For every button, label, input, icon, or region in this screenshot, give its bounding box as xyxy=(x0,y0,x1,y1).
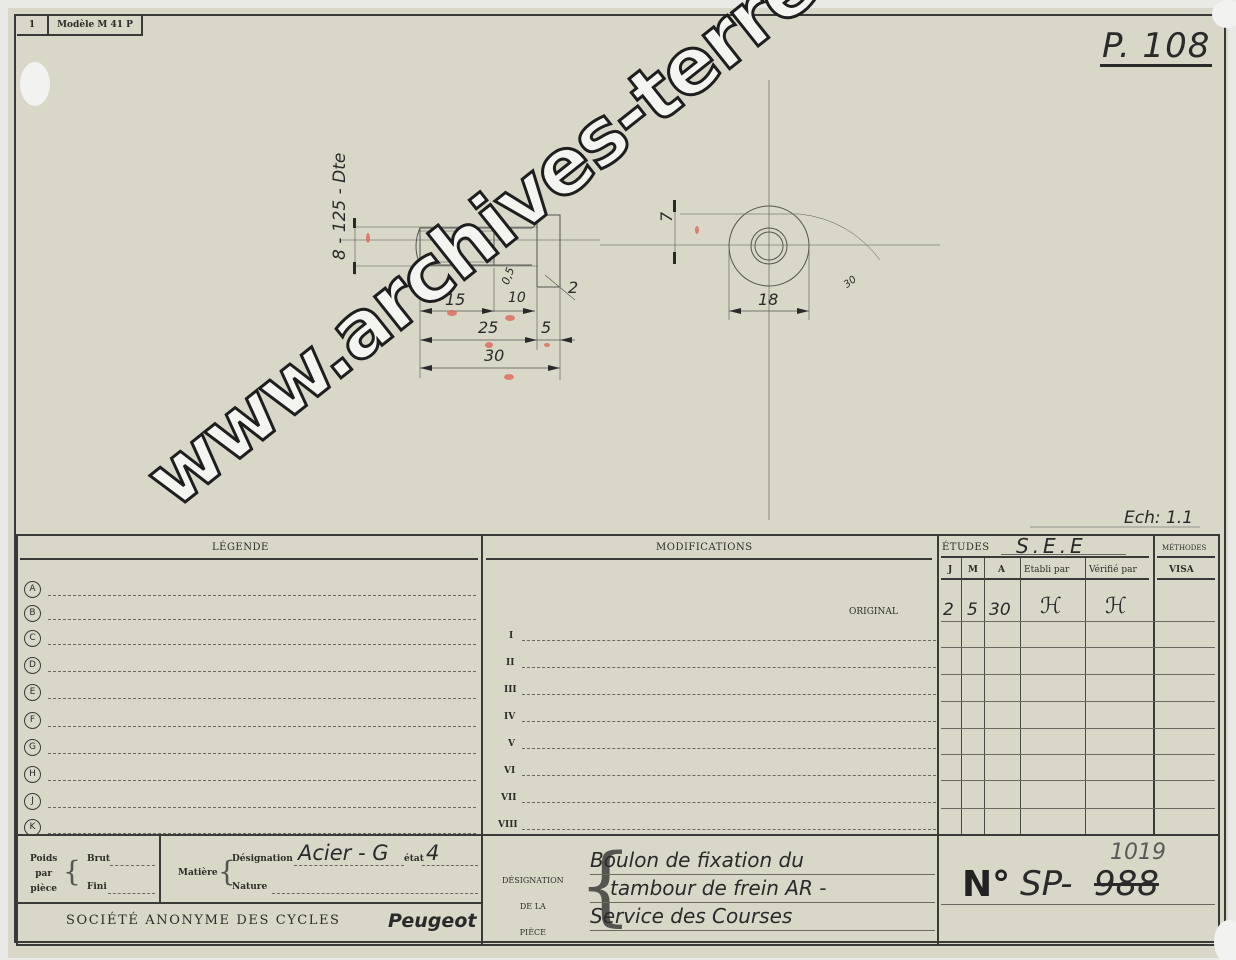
modifications-header: MODIFICATIONS xyxy=(656,542,753,553)
col-etabli: Etabli par xyxy=(1024,565,1069,575)
col-verifie: Vérifié par xyxy=(1089,565,1137,575)
fini-field[interactable] xyxy=(108,893,155,894)
methodes-header: MÉTHODES xyxy=(1162,544,1206,552)
legende-marker-k: K xyxy=(24,819,41,836)
legende-marker-c: C xyxy=(24,630,41,647)
legende-marker-e: E xyxy=(24,684,41,701)
piece-label: DÉSIGNATION DE LA PIÈCE xyxy=(502,868,564,946)
matiere-label: Matière xyxy=(178,868,218,878)
etabli-signature: ℋ xyxy=(1040,594,1062,619)
company-brand: Peugeot xyxy=(388,910,476,932)
dim-7: 7 xyxy=(657,212,676,222)
mod-row-label: I xyxy=(509,631,513,641)
designation-value[interactable]: Acier - G xyxy=(298,841,389,865)
mod-row-line[interactable] xyxy=(522,721,936,722)
title-block: LÉGENDE A B C D E F G H J K MODIFICATION… xyxy=(16,534,1220,946)
thread-spec-label: 8 - 125 - Dte xyxy=(330,153,350,260)
mod-row-line[interactable] xyxy=(522,802,936,803)
part-number-series: SP- xyxy=(1020,864,1073,904)
brut-label: Brut xyxy=(87,854,110,864)
legende-line-h[interactable] xyxy=(48,780,476,781)
mod-row-line[interactable] xyxy=(522,829,936,830)
dim-25: 25 xyxy=(478,318,498,337)
mod-row-line[interactable] xyxy=(522,775,936,776)
dim-10: 10 xyxy=(508,290,526,306)
mod-row-line[interactable] xyxy=(522,640,936,641)
original-day: 2 xyxy=(943,600,954,620)
etudes-header: ÉTUDES xyxy=(942,542,990,553)
mod-row-label: V xyxy=(508,739,515,749)
mod-row-line[interactable] xyxy=(522,694,936,695)
legende-line-e[interactable] xyxy=(48,698,476,699)
mod-row-label: VI xyxy=(504,766,515,776)
original-label: ORIGINAL xyxy=(849,607,898,617)
scale-label: Ech: 1.1 xyxy=(1124,508,1193,528)
legende-line-a[interactable] xyxy=(48,595,476,596)
piece-designation: Boulon de fixation du tambour de frein A… xyxy=(590,846,826,930)
mod-row-label: VII xyxy=(501,793,516,803)
original-month: 5 xyxy=(967,600,978,620)
dim-18: 18 xyxy=(758,290,778,309)
legende-line-d[interactable] xyxy=(48,671,476,672)
legende-line-k[interactable] xyxy=(48,833,476,834)
legende-line-c[interactable] xyxy=(48,644,476,645)
legende-marker-g: G xyxy=(24,739,41,756)
dim-15: 15 xyxy=(445,290,465,309)
mod-row-label: IV xyxy=(504,712,515,722)
mod-row-label: III xyxy=(504,685,517,695)
part-number-old: 988 xyxy=(1094,864,1159,904)
dim-5: 5 xyxy=(541,318,551,337)
nature-field[interactable] xyxy=(272,893,478,894)
part-number-new: 1019 xyxy=(1110,840,1166,865)
legende-line-j[interactable] xyxy=(48,807,476,808)
original-year: 30 xyxy=(989,600,1011,620)
col-a: A xyxy=(998,565,1005,575)
designation-label: Désignation xyxy=(232,854,293,864)
punch-hole xyxy=(1214,920,1236,960)
company-name: SOCIÉTÉ ANONYME DES CYCLES xyxy=(66,913,341,928)
dim-30: 30 xyxy=(484,346,504,365)
nature-label: Nature xyxy=(232,882,267,892)
legende-marker-b: B xyxy=(24,605,41,622)
etat-label: état xyxy=(404,854,424,864)
punch-hole xyxy=(1212,0,1236,28)
mod-row-line[interactable] xyxy=(522,667,936,668)
legende-marker-h: H xyxy=(24,766,41,783)
poids-label: Poids par pièce xyxy=(30,852,57,897)
fini-label: Fini xyxy=(87,882,107,892)
dim-2: 2 xyxy=(568,278,578,297)
brut-field[interactable] xyxy=(110,865,155,866)
legende-line-g[interactable] xyxy=(48,753,476,754)
verifie-signature: ℋ xyxy=(1105,594,1127,619)
etat-value[interactable]: 4 xyxy=(426,841,439,865)
mod-row-label: VIII xyxy=(498,820,518,830)
piece-line-2: tambour de frein AR - xyxy=(590,874,826,902)
col-m: M xyxy=(968,565,978,575)
legende-marker-d: D xyxy=(24,657,41,674)
legende-marker-f: F xyxy=(24,712,41,729)
mod-row-label: II xyxy=(506,658,514,668)
legende-line-b[interactable] xyxy=(48,619,476,620)
visa-header: VISA xyxy=(1169,565,1194,575)
piece-line-3: Service des Courses xyxy=(590,902,826,930)
legende-header: LÉGENDE xyxy=(212,542,269,553)
legende-marker-j: J xyxy=(24,793,41,810)
legende-marker-a: A xyxy=(24,581,41,598)
part-number-prefix: N° xyxy=(962,864,1010,905)
mod-row-line[interactable] xyxy=(522,748,936,749)
poids-brace-icon: { xyxy=(63,852,81,892)
legende-line-f[interactable] xyxy=(48,726,476,727)
piece-line-1: Boulon de fixation du xyxy=(590,846,826,874)
col-j: J xyxy=(948,565,952,575)
